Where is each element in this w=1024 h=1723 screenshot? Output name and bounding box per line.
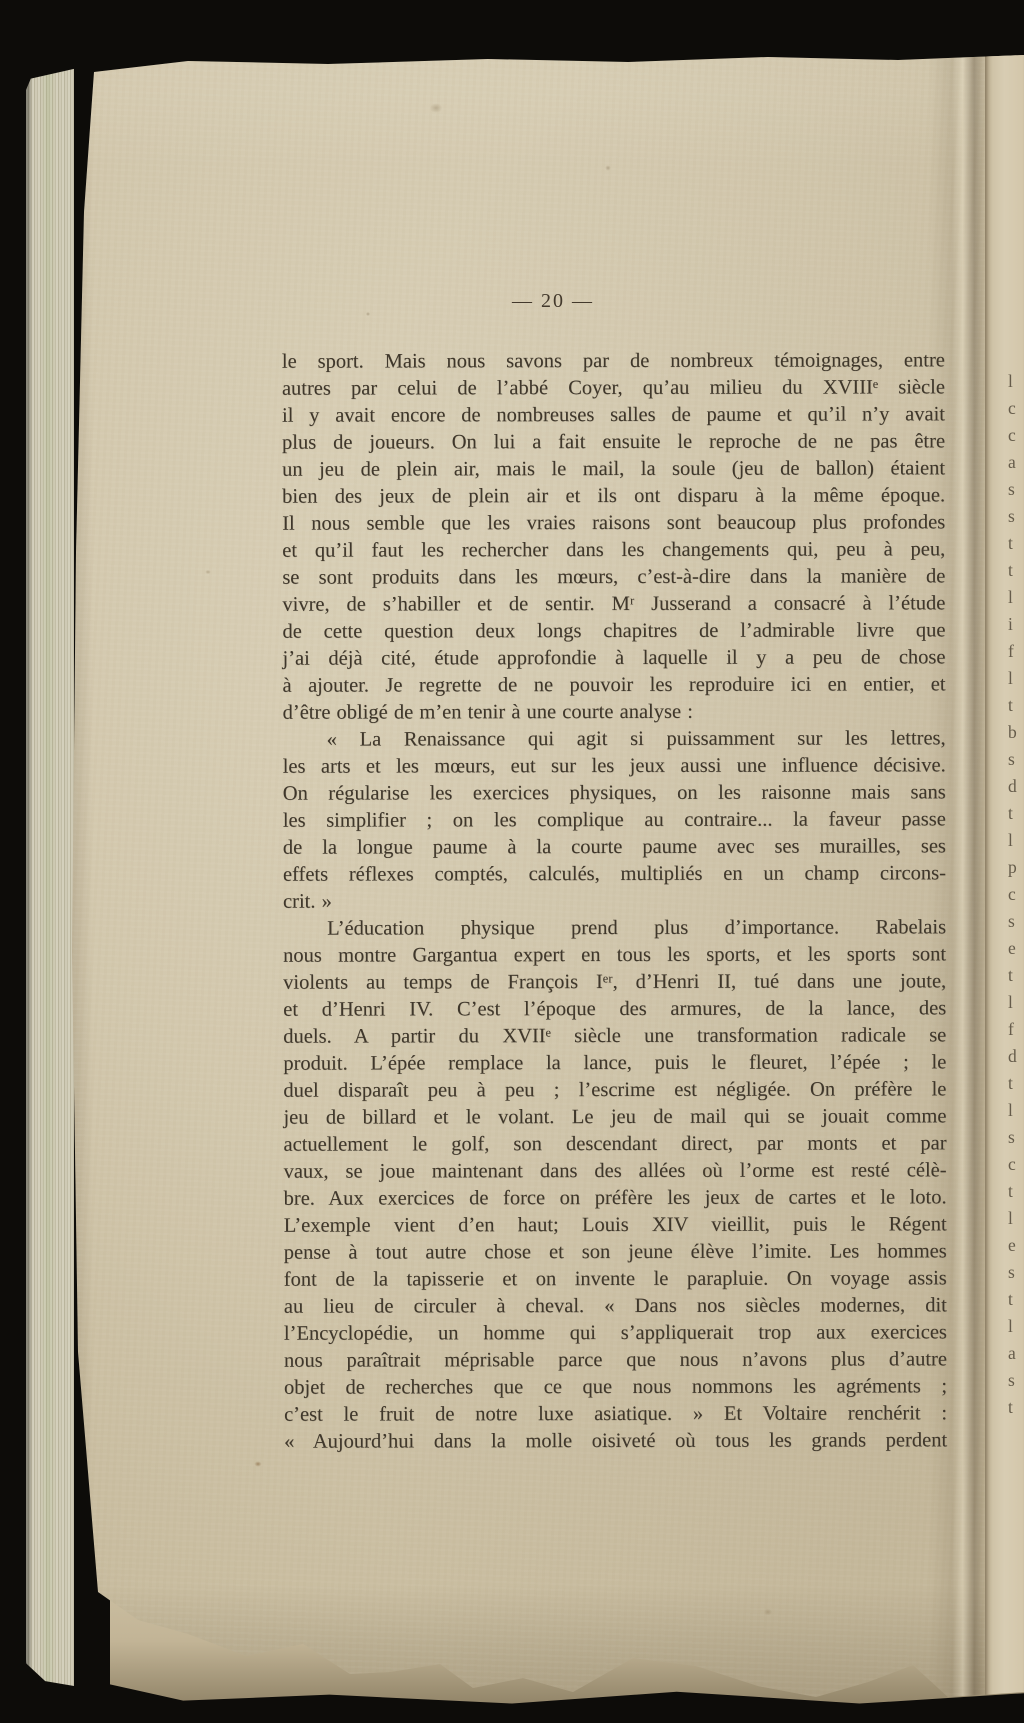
text-fragment: b — [1008, 719, 1024, 746]
text-fragment: e — [1008, 1232, 1024, 1259]
text-line: crit. » — [283, 887, 946, 915]
text-fragment: s — [1008, 746, 1024, 773]
text-line: un jeu de plein air, mais le mail, la so… — [282, 455, 945, 483]
text-line: vivre, de s’habiller et de sentir. Mʳ Ju… — [282, 590, 945, 618]
text-fragment: t — [1008, 1178, 1024, 1205]
text-line: duel disparaît peu à peu ; l’escrime est… — [283, 1076, 946, 1104]
text-line: « Aujourd’hui dans la molle oisiveté où … — [284, 1427, 947, 1455]
text-fragment: t — [1008, 1394, 1024, 1421]
text-fragment — [1008, 1421, 1024, 1448]
text-line: violents au temps de François Iᵉʳ, d’Hen… — [283, 968, 946, 996]
text-fragment: c — [1008, 881, 1024, 908]
text-line: au lieu de circuler à cheval. « Dans nos… — [284, 1292, 947, 1320]
facing-page-text-fragments: lccassttlifltbsdtlpcsetlfdtlsctlestlast — [1008, 314, 1024, 1448]
book-fore-edge-pages — [26, 64, 74, 1686]
text-line: bien des jeux de plein air et ils ont di… — [282, 482, 945, 510]
text-fragment: t — [1008, 1286, 1024, 1313]
text-fragment: i — [1008, 611, 1024, 638]
text-line: de cette question deux longs chapitres d… — [282, 617, 945, 645]
text-fragment: s — [1008, 1367, 1024, 1394]
text-fragment: t — [1008, 800, 1024, 827]
text-fragment: f — [1008, 638, 1024, 665]
text-line: à ajouter. Je regrette de ne pouvoir les… — [283, 671, 946, 699]
text-fragment: c — [1008, 422, 1024, 449]
text-fragment: t — [1008, 962, 1024, 989]
text-line: il y avait encore de nombreuses salles d… — [282, 401, 945, 429]
text-line: font de la tapisserie et on invente le p… — [284, 1265, 947, 1293]
book-page: lccassttlifltbsdtlpcsetlfdtlsctlestlast … — [68, 52, 1024, 1700]
text-fragment: l — [1008, 1097, 1024, 1124]
text-line: c’est le fruit de notre luxe asiatique. … — [284, 1400, 947, 1428]
text-line: j’ai déjà cité, étude approfondie à laqu… — [282, 644, 945, 672]
text-line: vaux, se joue maintenant dans des allées… — [284, 1157, 947, 1185]
text-line: Il nous semble que les vraies raisons so… — [282, 509, 945, 537]
text-line: les simplifier ; on les complique au con… — [283, 806, 946, 834]
text-line: l’Encyclopédie, un homme qui s’appliquer… — [284, 1319, 947, 1347]
text-fragment: a — [1008, 449, 1024, 476]
text-fragment: t — [1008, 692, 1024, 719]
text-line: nous montre Gargantua expert en tous les… — [283, 941, 946, 969]
text-fragment: c — [1008, 395, 1024, 422]
text-line: objet de recherches que ce que nous nomm… — [284, 1373, 947, 1401]
text-fragment: s — [1008, 503, 1024, 530]
text-fragment: t — [1008, 1070, 1024, 1097]
text-line: jeu de billard et le volant. Le jeu de m… — [283, 1103, 946, 1131]
text-fragment: l — [1008, 989, 1024, 1016]
text-fragment — [1008, 341, 1024, 368]
text-fragment: l — [1008, 827, 1024, 854]
text-fragment: s — [1008, 1124, 1024, 1151]
text-line: les arts et les mœurs, eut sur les jeux … — [283, 752, 946, 780]
text-fragment: p — [1008, 854, 1024, 881]
text-fragment: c — [1008, 1151, 1024, 1178]
text-fragment: s — [1008, 476, 1024, 503]
text-line: autres par celui de l’abbé Coyer, qu’au … — [282, 374, 945, 402]
text-fragment — [1008, 314, 1024, 341]
text-fragment: l — [1008, 665, 1024, 692]
text-line: de la longue paume à la courte paume ave… — [283, 833, 946, 861]
text-line: duels. A partir du XVIIᵉ siècle une tran… — [283, 1022, 946, 1050]
text-line: nous paraîtrait méprisable parce que nou… — [284, 1346, 947, 1374]
body-text: le sport. Mais nous savons par de nombre… — [282, 347, 947, 1455]
text-fragment: l — [1008, 368, 1024, 395]
text-line: bre. Aux exercices de force on préfère l… — [284, 1184, 947, 1212]
text-fragment: s — [1008, 1259, 1024, 1286]
text-line: produit. L’épée remplace la lance, puis … — [283, 1049, 946, 1077]
text-fragment: t — [1008, 530, 1024, 557]
text-line: « La Renaissance qui agit si puissamment… — [283, 725, 946, 753]
text-fragment: l — [1008, 1205, 1024, 1232]
text-line: L’éducation physique prend plus d’import… — [283, 914, 946, 942]
text-fragment: a — [1008, 1340, 1024, 1367]
text-line: et d’Henri IV. C’est l’époque des armure… — [283, 995, 946, 1023]
text-line: actuellement le golf, son descendant dir… — [283, 1130, 946, 1158]
text-line: pense à tout autre chose et son jeune él… — [284, 1238, 947, 1266]
text-fragment: d — [1008, 1043, 1024, 1070]
text-line: se sont produits dans les mœurs, c’est-à… — [282, 563, 945, 591]
text-fragment: d — [1008, 773, 1024, 800]
scanned-book-page: lccassttlifltbsdtlpcsetlfdtlsctlestlast … — [0, 0, 1024, 1723]
facing-page-sliver: lccassttlifltbsdtlpcsetlfdtlsctlestlast — [985, 52, 1024, 1700]
text-line: le sport. Mais nous savons par de nombre… — [282, 347, 945, 375]
text-line: L’exemple vient d’en haut; Louis XIV vie… — [284, 1211, 947, 1239]
text-fragment: l — [1008, 584, 1024, 611]
page-number: — 20 — — [463, 288, 643, 315]
text-line: et qu’il faut les rechercher dans les ch… — [282, 536, 945, 564]
text-line: d’être obligé de m’en tenir à une courte… — [283, 698, 946, 726]
text-line: On régularise les exercices physiques, o… — [283, 779, 946, 807]
text-fragment: f — [1008, 1016, 1024, 1043]
text-fragment: s — [1008, 908, 1024, 935]
text-fragment: t — [1008, 557, 1024, 584]
text-fragment: e — [1008, 935, 1024, 962]
text-line: effets réflexes comptés, calculés, multi… — [283, 860, 946, 888]
text-fragment: l — [1008, 1313, 1024, 1340]
text-line: plus de joueurs. On lui a fait ensuite l… — [282, 428, 945, 456]
